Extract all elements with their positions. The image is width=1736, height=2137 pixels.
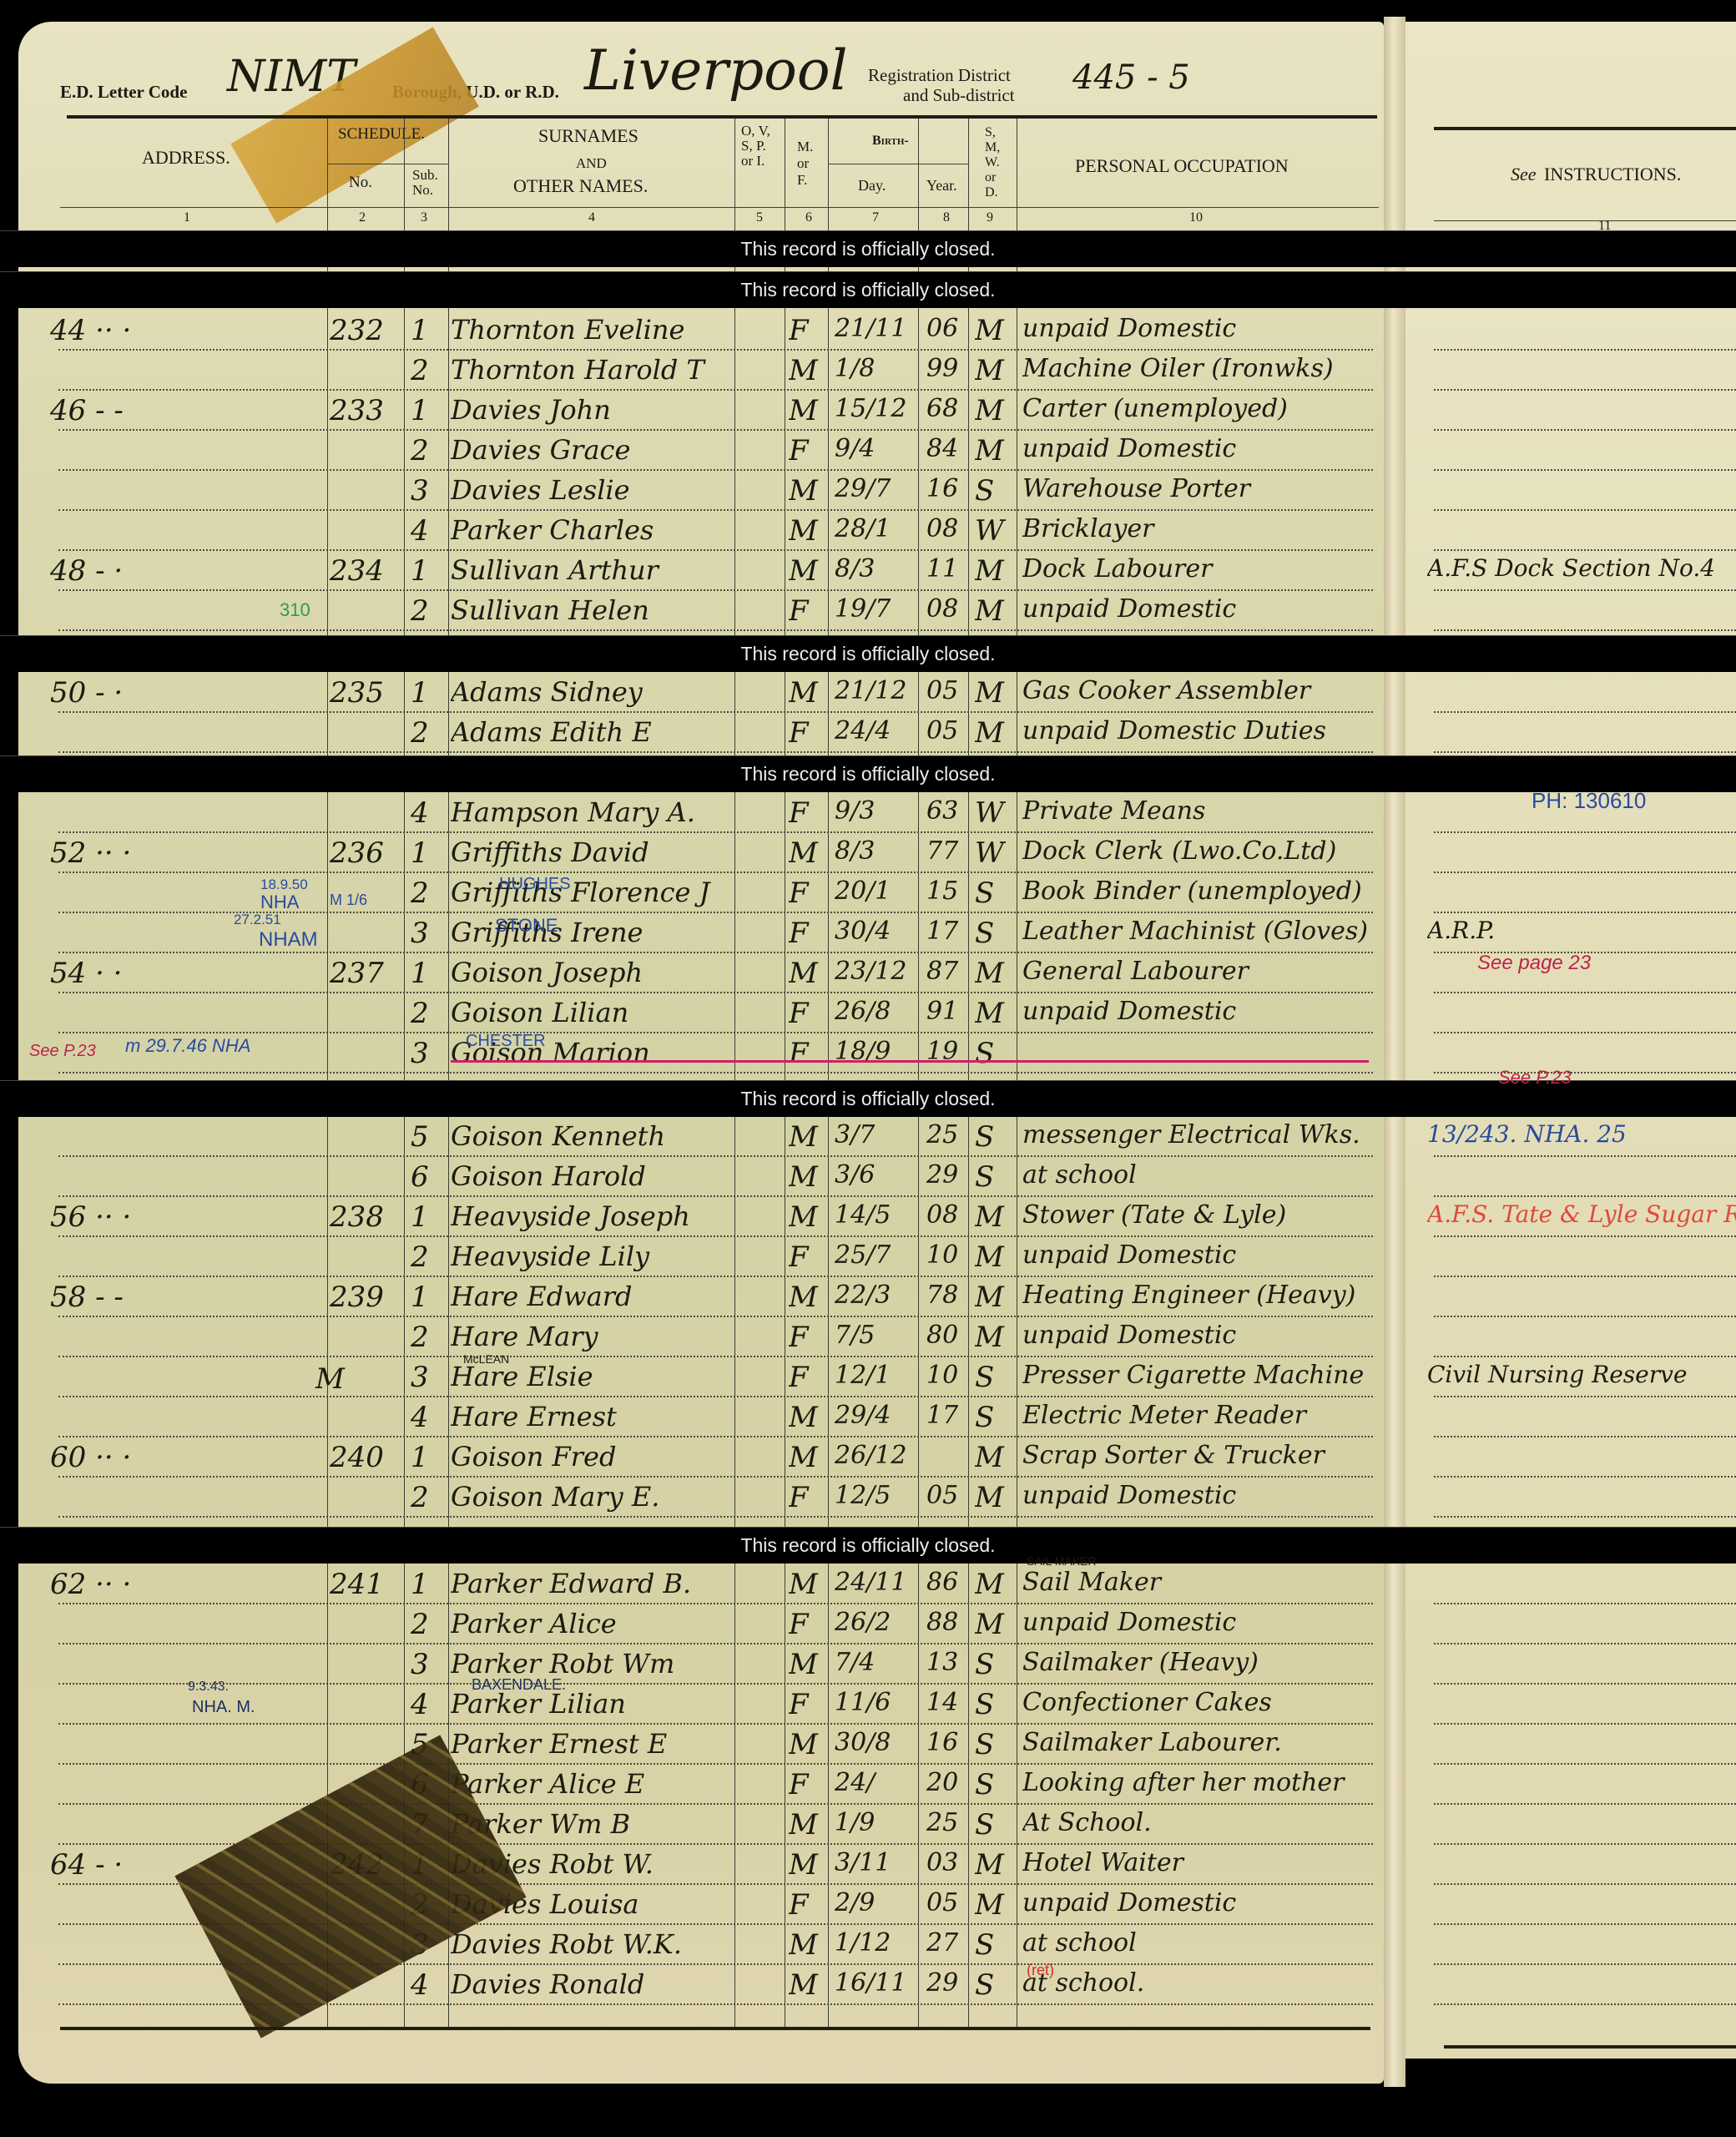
row-dotted-rule-right (1434, 429, 1736, 431)
row-dotted-rule (58, 1235, 1373, 1237)
row-dotted-rule (58, 1516, 1373, 1518)
row-dotted-rule-right (1434, 992, 1736, 993)
cell-occupation: Confectioner Cakes (1022, 1688, 1381, 1717)
annotation-mclean: McLEAN (463, 1352, 509, 1366)
annotation-nha-date2: 27.2.51 (234, 912, 281, 928)
cell-sub: 1 (411, 836, 444, 870)
register-entry-row: 58 - -2391Hare EdwardM22/378MHeating Eng… (0, 1279, 1385, 1319)
cell-day: 26/12 (835, 1441, 922, 1470)
cell-year: 05 (926, 1481, 972, 1510)
cell-name: Hare Mary (451, 1321, 785, 1352)
cell-marital: S (975, 1160, 1012, 1194)
col-num-5: 5 (756, 210, 763, 225)
row-dotted-rule-right (1434, 509, 1736, 511)
cell-sub: 2 (411, 1321, 444, 1354)
cell-day: 3/7 (835, 1120, 922, 1149)
cell-occupation: unpaid Domestic (1022, 997, 1381, 1026)
cell-sex: F (789, 594, 822, 628)
row-dotted-rule-right (1434, 1356, 1736, 1357)
row-dotted-rule-right (1434, 912, 1736, 913)
cell-day: 24/ (835, 1768, 922, 1797)
register-entry-row: 5Goison KennethM3/725Smessenger Electric… (0, 1119, 1385, 1159)
annotation-m-hare: M (315, 1362, 345, 1396)
cell-year: 10 (926, 1240, 972, 1270)
cell-occupation: Heating Engineer (Heavy) (1022, 1281, 1381, 1310)
cell-occupation: unpaid Domestic (1022, 434, 1381, 463)
row-dotted-rule-right (1434, 1235, 1736, 1237)
cell-name: Parker Charles (451, 514, 785, 546)
cell-address: 62 ·· · (50, 1568, 325, 1601)
cell-occupation: Hotel Waiter (1022, 1848, 1381, 1877)
cell-sub: 2 (411, 997, 444, 1030)
col-header-smwd: S, M, W. or D. (985, 125, 1007, 200)
cell-day: 21/11 (835, 314, 922, 343)
cell-sex: M (789, 1401, 822, 1434)
cell-notes: 13/243. NHA. 25 (1427, 1120, 1736, 1148)
cell-sex: M (789, 1848, 822, 1882)
registration-label-1: Registration District (868, 65, 1011, 86)
cell-address: 46 - - (50, 394, 325, 427)
cell-name: Goison Harold (451, 1160, 785, 1192)
annotation-ret: (ret) (1027, 1962, 1054, 1979)
cell-name: Goison Joseph (451, 957, 785, 988)
cell-occupation: unpaid Domestic (1022, 1240, 1381, 1270)
col-header-surnames-1: SURNAMES (538, 125, 638, 147)
row-dotted-rule-right (1434, 1436, 1736, 1437)
cell-sub: 3 (411, 917, 444, 950)
annotation-hughes: HUGHES (499, 875, 571, 894)
row-dotted-rule (58, 1763, 1373, 1765)
cell-name: Parker Alice (451, 1608, 785, 1639)
register-entry-row: 46 - -2331Davies JohnM15/1268MCarter (un… (0, 392, 1385, 432)
cell-occupation: Warehouse Porter (1022, 474, 1381, 503)
col-num-7: 7 (872, 210, 879, 225)
cell-sex: F (789, 997, 822, 1030)
row-dotted-rule-right (1434, 1276, 1736, 1277)
strike-through-marion (451, 1060, 1369, 1063)
row-dotted-rule (58, 1683, 1373, 1685)
cell-sub: 4 (411, 1688, 444, 1721)
cell-sex: F (789, 796, 822, 830)
cell-sub: 6 (411, 1160, 444, 1194)
row-dotted-rule (58, 992, 1373, 993)
row-dotted-rule-right (1434, 1195, 1736, 1197)
cell-sex: M (789, 514, 822, 548)
cell-day: 30/4 (835, 917, 922, 946)
cell-year: 14 (926, 1688, 972, 1717)
cell-sex: M (789, 1808, 822, 1841)
cell-occupation: Dock Labourer (1022, 554, 1381, 584)
cell-occupation: Scrap Sorter & Trucker (1022, 1441, 1381, 1470)
cell-marital: M (975, 716, 1012, 750)
cell-occupation: at school. (1022, 1968, 1381, 1998)
register-entry-row: 4Hampson Mary A.F9/363WPrivate Means (0, 795, 1385, 835)
cell-name: Goison Fred (451, 1441, 785, 1473)
registration-value: 445 - 5 (1072, 58, 1190, 97)
col-header-occupation: PERSONAL OCCUPATION (1075, 155, 1289, 177)
row-dotted-rule-right (1434, 629, 1736, 631)
cell-marital: S (975, 917, 1012, 950)
col-num-10: 10 (1189, 210, 1203, 225)
cell-occupation: Electric Meter Reader (1022, 1401, 1381, 1430)
cell-sex: M (789, 1568, 822, 1601)
cell-name: Davies John (451, 394, 785, 426)
cell-year: 08 (926, 594, 972, 624)
cell-sub: 2 (411, 716, 444, 750)
annotation-sail-maker: SAIL MAKER (1027, 1554, 1097, 1568)
register-entry-row: 2Hare MaryF7/580Munpaid Domestic (0, 1319, 1385, 1359)
cell-occupation: Sailmaker Labourer. (1022, 1728, 1381, 1757)
registration-label-2: and Sub-district (903, 85, 1015, 106)
cell-sub: 3 (411, 474, 444, 508)
row-dotted-rule-right (1434, 1316, 1736, 1317)
footer-rule (60, 2027, 1370, 2030)
annotation-ph-number: PH: 130610 (1532, 788, 1646, 814)
cell-marital: M (975, 434, 1012, 467)
cell-day: 8/3 (835, 554, 922, 584)
cell-year: 80 (926, 1321, 972, 1350)
cell-day: 29/4 (835, 1401, 922, 1430)
cell-name: Goison Mary E. (451, 1481, 785, 1513)
row-dotted-rule-right (1434, 389, 1736, 391)
row-dotted-rule-right (1434, 1396, 1736, 1397)
header-rule (67, 115, 1377, 119)
register-entry-row: 2Adams Edith EF24/405Munpaid Domestic Du… (0, 715, 1385, 755)
col-header-mf: M. or F. (797, 139, 819, 189)
cell-day: 28/1 (835, 514, 922, 543)
cell-day: 1/9 (835, 1808, 922, 1837)
cell-name: Adams Edith E (451, 716, 785, 748)
cell-sub: 2 (411, 434, 444, 467)
cell-occupation: messenger Electrical Wks. (1022, 1120, 1381, 1149)
cell-occupation: Presser Cigarette Machine (1022, 1361, 1381, 1390)
annotation-310: 310 (280, 599, 310, 621)
footer-rule-right (1444, 2045, 1736, 2049)
cell-day: 30/8 (835, 1728, 922, 1757)
cell-day: 15/12 (835, 394, 922, 423)
cell-marital: S (975, 1968, 1012, 2002)
cell-name: Heavyside Lily (451, 1240, 785, 1272)
cell-sex: M (789, 1200, 822, 1234)
register-entry-row: 2Griffiths Florence JF20/115SBook Binder… (0, 875, 1385, 915)
cell-marital: S (975, 1928, 1012, 1962)
row-dotted-rule (58, 1476, 1373, 1478)
cell-occupation: General Labourer (1022, 957, 1381, 986)
cell-sub: 3 (411, 1361, 444, 1394)
cell-occupation: Sail Maker (1022, 1568, 1381, 1597)
row-dotted-rule (58, 871, 1373, 873)
register-entry-row: 5Parker Ernest EM30/816SSailmaker Labour… (0, 1726, 1385, 1766)
cell-year: 16 (926, 474, 972, 503)
annotation-nha-1: NHA (260, 892, 299, 913)
cell-year: 63 (926, 796, 972, 826)
cell-year: 03 (926, 1848, 972, 1877)
row-dotted-rule (58, 1643, 1373, 1644)
cell-day: 3/6 (835, 1160, 922, 1190)
closed-record-bar: This record is officially closed. (0, 635, 1736, 672)
cell-year: 84 (926, 434, 972, 463)
cell-marital: M (975, 394, 1012, 427)
register-entry-row: 3Hare ElsieF12/110SPresser Cigarette Mac… (0, 1359, 1385, 1399)
cell-schedule: 238 (330, 1200, 396, 1234)
cell-sub: 3 (411, 1037, 444, 1070)
cell-marital: S (975, 1037, 1012, 1070)
closed-record-bar: This record is officially closed. (0, 271, 1736, 308)
cell-sex: M (789, 554, 822, 588)
row-dotted-rule-right (1434, 1963, 1736, 1965)
register-entry-row: 6Goison HaroldM3/629Sat school (0, 1159, 1385, 1199)
row-dotted-rule-right (1434, 1803, 1736, 1805)
cell-occupation: unpaid Domestic (1022, 594, 1381, 624)
cell-occupation: unpaid Domestic Duties (1022, 716, 1381, 745)
cell-name: Davies Robt W.K. (451, 1928, 785, 1960)
annotation-baxendale: BAXENDALE. (472, 1676, 566, 1694)
register-entry-row: 2Goison LilianF26/891Munpaid Domestic (0, 995, 1385, 1035)
cell-year: 05 (926, 1888, 972, 1917)
cell-day: 11/6 (835, 1688, 922, 1717)
header-rule-right (1434, 127, 1736, 130)
row-dotted-rule (58, 1195, 1373, 1197)
cell-name: Hampson Mary A. (451, 796, 785, 828)
cell-day: 24/4 (835, 716, 922, 745)
cell-year: 13 (926, 1648, 972, 1677)
cell-sex: M (789, 676, 822, 710)
cell-marital: S (975, 1768, 1012, 1801)
cell-name: Parker Alice E (451, 1768, 785, 1800)
annotation-stone: STONE (495, 915, 558, 937)
cell-day: 26/2 (835, 1608, 922, 1637)
col-header-instructions-see: See (1511, 164, 1537, 185)
cell-sub: 2 (411, 594, 444, 628)
register-entry-row: 50 - ·2351Adams SidneyM21/1205MGas Cooke… (0, 674, 1385, 715)
row-dotted-rule (58, 1316, 1373, 1317)
cell-name: Thornton Eveline (451, 314, 785, 346)
cell-schedule: 236 (330, 836, 396, 870)
cell-notes: A.F.S. Tate & Lyle Sugar Refiners (1427, 1200, 1736, 1228)
cell-name: Hare Edward (451, 1281, 785, 1312)
register-entry-row: 2Parker AliceF26/288Munpaid Domestic (0, 1606, 1385, 1646)
cell-sex: F (789, 716, 822, 750)
closed-record-bar: This record is officially closed. (0, 755, 1736, 792)
register-entry-row: 2Thornton Harold TM1/899MMachine Oiler (… (0, 352, 1385, 392)
row-dotted-rule-right (1434, 1476, 1736, 1478)
cell-occupation: Book Binder (unemployed) (1022, 877, 1381, 906)
cell-marital: M (975, 1200, 1012, 1234)
cell-year: 25 (926, 1120, 972, 1149)
register-entry-row: 3Griffiths IreneF30/417SLeather Machinis… (0, 915, 1385, 955)
cell-name: Griffiths David (451, 836, 785, 868)
cell-marital: S (975, 1728, 1012, 1761)
col-num-2: 2 (359, 210, 366, 225)
cell-sex: M (789, 354, 822, 387)
col-header-birth: Birth- (872, 134, 909, 149)
cell-occupation: Machine Oiler (Ironwks) (1022, 354, 1381, 383)
cell-address: 48 - · (50, 554, 325, 588)
cell-sub: 3 (411, 1648, 444, 1681)
cell-day: 12/5 (835, 1481, 922, 1510)
cell-address: 52 ·· · (50, 836, 325, 870)
cell-day: 12/1 (835, 1361, 922, 1390)
cell-year: 06 (926, 314, 972, 343)
cell-year: 20 (926, 1768, 972, 1797)
annotation-nha-date1: 18.9.50 (260, 877, 308, 893)
cell-marital: S (975, 877, 1012, 910)
cell-occupation: Leather Machinist (Gloves) (1022, 917, 1381, 946)
annotation-nha-marion: m 29.7.46 NHA (125, 1035, 250, 1057)
cell-address: 56 ·· · (50, 1200, 325, 1234)
cell-occupation: Dock Clerk (Lwo.Co.Ltd) (1022, 836, 1381, 866)
cell-day: 9/4 (835, 434, 922, 463)
col-num-8: 8 (943, 210, 950, 225)
cell-occupation: at school (1022, 1928, 1381, 1958)
cell-name: Davies Leslie (451, 474, 785, 506)
register-entry-row: 2Sullivan HelenF19/708Munpaid Domestic (0, 593, 1385, 633)
cell-sub: 1 (411, 957, 444, 990)
cell-occupation: Private Means (1022, 796, 1381, 826)
col-header-year: Year. (926, 177, 957, 195)
cell-marital: W (975, 836, 1012, 870)
cell-schedule: 234 (330, 554, 396, 588)
row-dotted-rule-right (1434, 751, 1736, 753)
cell-name: Thornton Harold T (451, 354, 785, 386)
cell-day: 1/8 (835, 354, 922, 383)
cell-occupation: Sailmaker (Heavy) (1022, 1648, 1381, 1677)
row-dotted-rule-right (1434, 1603, 1736, 1604)
col-header-ovspi: O, V, S, P. or I. (741, 124, 775, 169)
col-header-surnames-3: OTHER NAMES. (513, 175, 648, 197)
row-dotted-rule-right (1434, 1516, 1736, 1518)
cell-name: Goison Lilian (451, 997, 785, 1028)
cell-occupation: unpaid Domestic (1022, 1608, 1381, 1637)
cell-name: Sullivan Arthur (451, 554, 785, 586)
row-dotted-rule (58, 1803, 1373, 1805)
cell-sex: M (789, 394, 822, 427)
cell-marital: M (975, 594, 1012, 628)
annotation-nha-parker: NHA. M. (192, 1698, 255, 1717)
row-dotted-rule-right (1434, 1072, 1736, 1074)
row-dotted-rule-right (1434, 1843, 1736, 1845)
cell-marital: M (975, 1608, 1012, 1641)
cell-year: 78 (926, 1281, 972, 1310)
cell-marital: M (975, 554, 1012, 588)
register-entry-row: 4Parker CharlesM28/108WBricklayer (0, 513, 1385, 553)
cell-year: 11 (926, 554, 972, 584)
cell-occupation: Gas Cooker Assembler (1022, 676, 1381, 705)
book-spine (1384, 17, 1405, 2087)
cell-year: 17 (926, 917, 972, 946)
row-dotted-rule (58, 952, 1373, 953)
cell-sex: F (789, 1481, 822, 1514)
cell-name: Hare Ernest (451, 1401, 785, 1432)
col-num-9: 9 (987, 210, 993, 225)
cell-occupation: unpaid Domestic (1022, 314, 1381, 343)
cell-year: 17 (926, 1401, 972, 1430)
row-dotted-rule (58, 751, 1373, 753)
annotation-chester: CHESTER (466, 1032, 546, 1051)
cell-sex: M (789, 1968, 822, 2002)
row-dotted-rule-right (1434, 1032, 1736, 1033)
cell-sex: F (789, 1688, 822, 1721)
cell-day: 24/11 (835, 1568, 922, 1597)
row-dotted-rule (58, 389, 1373, 391)
row-dotted-rule (58, 1072, 1373, 1074)
col-header-surnames-2: AND (576, 155, 607, 172)
cell-year: 15 (926, 877, 972, 906)
cell-name: Davies Ronald (451, 1968, 785, 2000)
cell-schedule: 235 (330, 676, 396, 710)
col-header-sched-sub: Sub. (412, 167, 438, 184)
cell-marital: M (975, 354, 1012, 387)
cell-name: Parker Wm B (451, 1808, 785, 1840)
row-dotted-rule (58, 469, 1373, 471)
row-dotted-rule (58, 629, 1373, 631)
col-header-schedule: SCHEDULE. (338, 125, 425, 144)
column-number-rule (60, 207, 1379, 208)
cell-sex: M (789, 1441, 822, 1474)
cell-sex: F (789, 1608, 822, 1641)
cell-sex: F (789, 1768, 822, 1801)
row-dotted-rule (58, 549, 1373, 551)
cell-sub: 2 (411, 1481, 444, 1514)
cell-name: Goison Kenneth (451, 1120, 785, 1152)
cell-sex: F (789, 314, 822, 347)
register-entry-row: 54 · ·2371Goison JosephM23/1287MGeneral … (0, 955, 1385, 995)
col-header-instructions: INSTRUCTIONS. (1544, 164, 1681, 185)
cell-occupation: At School. (1022, 1808, 1381, 1837)
ed-letter-code-label: E.D. Letter Code (60, 82, 187, 103)
cell-day: 2/9 (835, 1888, 922, 1917)
cell-day: 9/3 (835, 796, 922, 826)
cell-schedule: 237 (330, 957, 396, 990)
cell-sub: 1 (411, 554, 444, 588)
cell-sex: F (789, 877, 822, 910)
cell-marital: S (975, 1648, 1012, 1681)
cell-marital: M (975, 957, 1012, 990)
cell-day: 1/12 (835, 1928, 922, 1958)
cell-sub: 4 (411, 1968, 444, 2002)
cell-day: 7/5 (835, 1321, 922, 1350)
row-dotted-rule-right (1434, 871, 1736, 873)
col-header-sched-no: No. (349, 174, 372, 192)
birth-underline (828, 164, 968, 164)
row-dotted-rule (58, 1723, 1373, 1725)
cell-occupation: unpaid Domestic (1022, 1321, 1381, 1350)
annotation-nham: NHAM (259, 928, 318, 952)
schedule-underline (327, 164, 448, 164)
cell-marital: M (975, 997, 1012, 1030)
row-dotted-rule (58, 429, 1373, 431)
row-dotted-rule (58, 349, 1373, 351)
cell-day: 29/7 (835, 474, 922, 503)
cell-sub: 5 (411, 1120, 444, 1154)
cell-year: 05 (926, 716, 972, 745)
closed-record-bar: This record is officially closed. (0, 1080, 1736, 1117)
cell-sex: M (789, 836, 822, 870)
cell-address: 58 - - (50, 1281, 325, 1314)
row-dotted-rule (58, 1032, 1373, 1033)
row-dotted-rule-right (1434, 1883, 1736, 1885)
cell-day: 26/8 (835, 997, 922, 1026)
cell-year: 86 (926, 1568, 972, 1597)
cell-day: 21/12 (835, 676, 922, 705)
register-page-right (1405, 22, 1736, 2059)
register-entry-row: 6Parker Alice EF24/20SLooking after her … (0, 1766, 1385, 1806)
cell-occupation: Stower (Tate & Lyle) (1022, 1200, 1381, 1230)
cell-sub: 1 (411, 1200, 444, 1234)
annotation-see-page-23: See page 23 (1477, 952, 1591, 975)
cell-name: Adams Sidney (451, 676, 785, 708)
row-dotted-rule-right (1434, 831, 1736, 833)
